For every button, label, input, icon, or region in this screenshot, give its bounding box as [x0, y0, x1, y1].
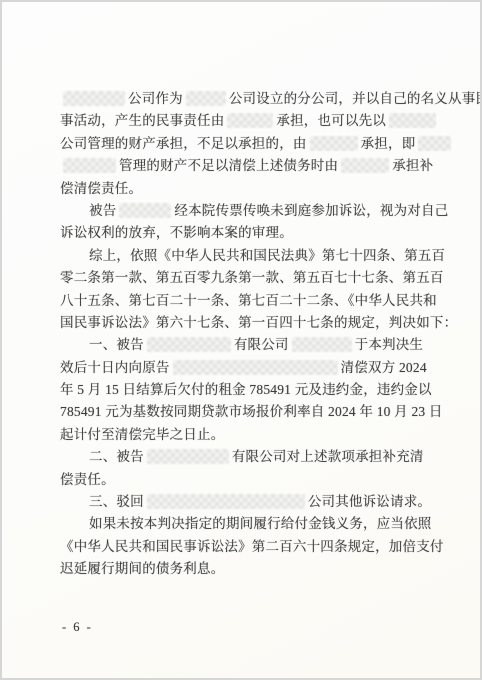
text-segment: 承担补: [392, 158, 433, 173]
redacted-text: [418, 136, 451, 151]
text-segment: 偿清偿责任。: [60, 181, 142, 196]
document-line: 年 5 月 15 日结算后欠付的租金 785491 元及违约金，违约金以: [60, 379, 448, 401]
text-segment: 公司设立的分公司，并以自己的名义从事民: [229, 91, 482, 106]
document-line: 被告经本院传票传唤未到庭参加诉讼，视为对自己: [60, 200, 448, 222]
redacted-text: [147, 494, 305, 509]
text-segment: 起计付至清偿完毕之日止。: [60, 427, 224, 442]
document-line: 效后十日内向原告清偿双方 2024: [60, 357, 448, 379]
text-segment: 三、驳回: [89, 494, 144, 509]
document-line: 事活动，产生的民事责任由承担，也可以先以: [60, 110, 448, 132]
text-segment: 公司管理的财产承担，不足以承担的，由: [60, 136, 307, 151]
document-line: 公司管理的财产承担，不足以承担的，由承担，即: [60, 133, 448, 155]
document-line: 国民事诉讼法》第六十七条、第一百四十七条的规定，判决如下：: [60, 312, 448, 334]
text-segment: 事活动，产生的民事责任由: [60, 113, 224, 128]
document-line: 785491 元为基数按同期贷款市场报价利率自 2024 年 10 月 23 日: [60, 401, 448, 423]
text-segment: 有限公司: [234, 337, 289, 352]
text-segment: 年 5 月 15 日结算后欠付的租金 785491 元及违约金，违约金以: [60, 382, 432, 397]
redacted-text: [227, 113, 273, 128]
text-segment: 《中华人民共和国民事诉讼法》第二百六十四条规定，加倍支付: [60, 539, 444, 554]
text-segment: 被告: [89, 203, 116, 218]
redacted-text: [119, 203, 171, 218]
text-segment: 效后十日内向原告: [60, 360, 170, 375]
document-line: 一、被告有限公司于本判决生: [60, 334, 448, 356]
text-segment: 公司作为: [128, 91, 183, 106]
text-segment: 二、被告: [89, 449, 144, 464]
text-segment: 八十五条、第七百二十一条、第七百二十二条、《中华人民共和: [60, 293, 437, 308]
redacted-text: [186, 91, 226, 106]
document-line: 迟延履行期间的债务利息。: [60, 558, 448, 580]
text-segment: 诉讼权利的放弃，不影响本案的审理。: [60, 225, 293, 240]
redacted-text: [310, 136, 358, 151]
text-segment: 清偿双方 2024: [341, 360, 427, 375]
document-lines: 公司作为公司设立的分公司，并以自己的名义从事民事活动，产生的民事责任由承担，也可…: [60, 88, 448, 581]
document-line: 零二条第一款、第五百零九条第一款、第五百七十七条、第五百: [60, 267, 448, 289]
document-line: 二、被告有限公司对上述款项承担补充清: [60, 446, 448, 468]
document-line: 起计付至清偿完毕之日止。: [60, 424, 448, 446]
text-segment: 经本院传票传唤未到庭参加诉讼，视为对自己: [174, 203, 448, 218]
redacted-text: [173, 360, 338, 375]
document-line: 公司作为公司设立的分公司，并以自己的名义从事民: [60, 88, 448, 110]
text-segment: 国民事诉讼法》第六十七条、第一百四十七条的规定，判决如下：: [60, 315, 457, 330]
redacted-text: [63, 158, 116, 173]
document-line: 八十五条、第七百二十一条、第七百二十二条、《中华人民共和: [60, 290, 448, 312]
text-segment: 零二条第一款、第五百零九条第一款、第五百七十七条、第五百: [60, 270, 444, 285]
text-segment: 综上，依照《中华人民共和国民法典》第七十四条、第五百: [89, 248, 445, 263]
redacted-text: [147, 449, 229, 464]
document-line: 综上，依照《中华人民共和国民法典》第七十四条、第五百: [60, 245, 448, 267]
text-segment: 如果未按本判决指定的期间履行给付金钱义务，应当依照: [89, 516, 432, 531]
document-line: 如果未按本判决指定的期间履行给付金钱义务，应当依照: [60, 513, 448, 535]
text-segment: 承担，即: [361, 136, 416, 151]
redacted-text: [292, 337, 352, 352]
text-segment: 一、被告: [89, 337, 144, 352]
document-line: 三、驳回公司其他诉讼请求。: [60, 491, 448, 513]
text-segment: 迟延履行期间的债务利息。: [60, 561, 224, 576]
document-line: 偿责任。: [60, 469, 448, 491]
text-segment: 785491 元为基数按同期贷款市场报价利率自 2024 年 10 月 23 日: [60, 404, 443, 419]
text-segment: 管理的财产不足以清偿上述债务时由: [119, 158, 338, 173]
document-line: 《中华人民共和国民事诉讼法》第二百六十四条规定，加倍支付: [60, 536, 448, 558]
document-line: 管理的财产不足以清偿上述债务时由承担补: [60, 155, 448, 177]
document-line: 诉讼权利的放弃，不影响本案的审理。: [60, 222, 448, 244]
redacted-text: [147, 337, 231, 352]
redacted-text: [341, 158, 389, 173]
text-segment: 承担，也可以先以: [276, 113, 386, 128]
text-segment: 有限公司对上述款项承担补充清: [232, 449, 424, 464]
text-segment: 偿责任。: [60, 472, 115, 487]
page-number: - 6 -: [62, 620, 93, 635]
redacted-text: [389, 113, 436, 128]
judgment-page: 公司作为公司设立的分公司，并以自己的名义从事民事活动，产生的民事责任由承担，也可…: [0, 0, 482, 680]
text-segment: 于本判决生: [355, 337, 424, 352]
text-segment: 公司其他诉讼请求。: [308, 494, 431, 509]
redacted-text: [63, 91, 125, 106]
document-line: 偿清偿责任。: [60, 178, 448, 200]
